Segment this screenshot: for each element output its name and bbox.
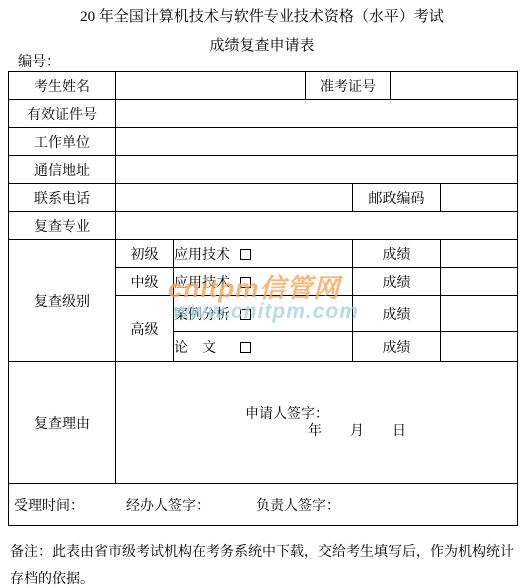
level-junior-label: 初级 [116,240,174,268]
application-form-table: 考生姓名 准考证号 有效证件号 工作单位 通信地址 联系电话 邮政编码 复查专业 [8,71,518,526]
admission-ticket-input-cell[interactable] [391,72,518,100]
item-applied-tech-intermediate-cell: 应用技术 [174,268,353,296]
acceptance-row: 受理时间： 经办人签字： 负责人签字： [9,484,518,526]
score-label-intermediate: 成绩 [353,268,441,296]
accept-time-label: 受理时间： [14,495,84,515]
supervisor-signature-label: 负责人签字： [256,495,340,515]
mailing-address-input-cell[interactable] [116,156,518,184]
form-title: 20 年全国计算机技术与软件专业技术资格（水平）考试 [0,0,524,28]
candidate-name-input-cell[interactable] [116,72,306,100]
work-unit-input-cell[interactable] [116,128,518,156]
score-input-cell-thesis[interactable] [441,332,518,362]
score-label-thesis: 成绩 [353,332,441,362]
handler-signature-label: 经办人签字： [126,495,210,515]
mailing-address-label: 通信地址 [9,156,116,184]
checkbox-icon[interactable] [240,249,251,260]
item-thesis-cell: 论 文 [174,332,353,362]
review-level-label: 复查级别 [9,240,116,362]
signature-block: 申请人签字： 年 月 日 [116,406,517,440]
score-input-cell-junior[interactable] [441,240,518,268]
serial-number-label: 编号： [18,57,524,69]
date-line: 年 月 日 [308,423,517,440]
table-row: 复查专业 [9,212,518,240]
table-row: 复查级别 初级 应用技术 成绩 [9,240,518,268]
postal-code-label: 邮政编码 [353,184,441,212]
form-subtitle: 成绩复查申请表 [0,38,524,54]
item-applied-tech-junior-cell: 应用技术 [174,240,353,268]
work-unit-label: 工作单位 [9,128,116,156]
footer-note: 备注：此表由省市级考试机构在考务系统中下载，交给考生填写后，作为机构统计存档的依… [10,539,514,588]
table-row: 复查理由 申请人签字： 年 月 日 [9,362,518,484]
review-subject-label: 复查专业 [9,212,116,240]
table-row: 有效证件号 [9,100,518,128]
score-label-case-analysis: 成绩 [353,296,441,332]
phone-input-cell[interactable] [116,184,353,212]
score-label-junior: 成绩 [353,240,441,268]
checkbox-icon[interactable] [240,342,251,353]
table-row: 工作单位 [9,128,518,156]
score-input-cell-case-analysis[interactable] [441,296,518,332]
id-number-label: 有效证件号 [9,100,116,128]
table-row: 通信地址 [9,156,518,184]
score-review-form-page: 20 年全国计算机技术与软件专业技术资格（水平）考试 成绩复查申请表 编号： 考… [0,0,524,588]
review-reason-input-cell[interactable]: 申请人签字： 年 月 日 [116,362,518,484]
review-reason-label: 复查理由 [9,362,116,484]
checkbox-icon[interactable] [240,277,251,288]
id-number-input-cell[interactable] [116,100,518,128]
review-subject-input-cell[interactable] [116,212,518,240]
phone-label: 联系电话 [9,184,116,212]
item-applied-tech-intermediate-label: 应用技术 [174,272,236,292]
item-applied-tech-junior-label: 应用技术 [174,244,236,264]
candidate-name-label: 考生姓名 [9,72,116,100]
item-case-analysis-label: 案例分析 [174,304,236,324]
item-case-analysis-cell: 案例分析 [174,296,353,332]
score-input-cell-intermediate[interactable] [441,268,518,296]
applicant-signature-label: 申请人签字： [245,406,517,423]
admission-ticket-label: 准考证号 [306,72,391,100]
table-row: 考生姓名 准考证号 [9,72,518,100]
level-senior-label: 高级 [116,296,174,362]
level-intermediate-label: 中级 [116,268,174,296]
checkbox-icon[interactable] [240,309,251,320]
postal-code-input-cell[interactable] [441,184,518,212]
item-thesis-label: 论 文 [174,337,236,357]
table-row: 联系电话 邮政编码 [9,184,518,212]
table-row: 受理时间： 经办人签字： 负责人签字： [9,484,518,526]
